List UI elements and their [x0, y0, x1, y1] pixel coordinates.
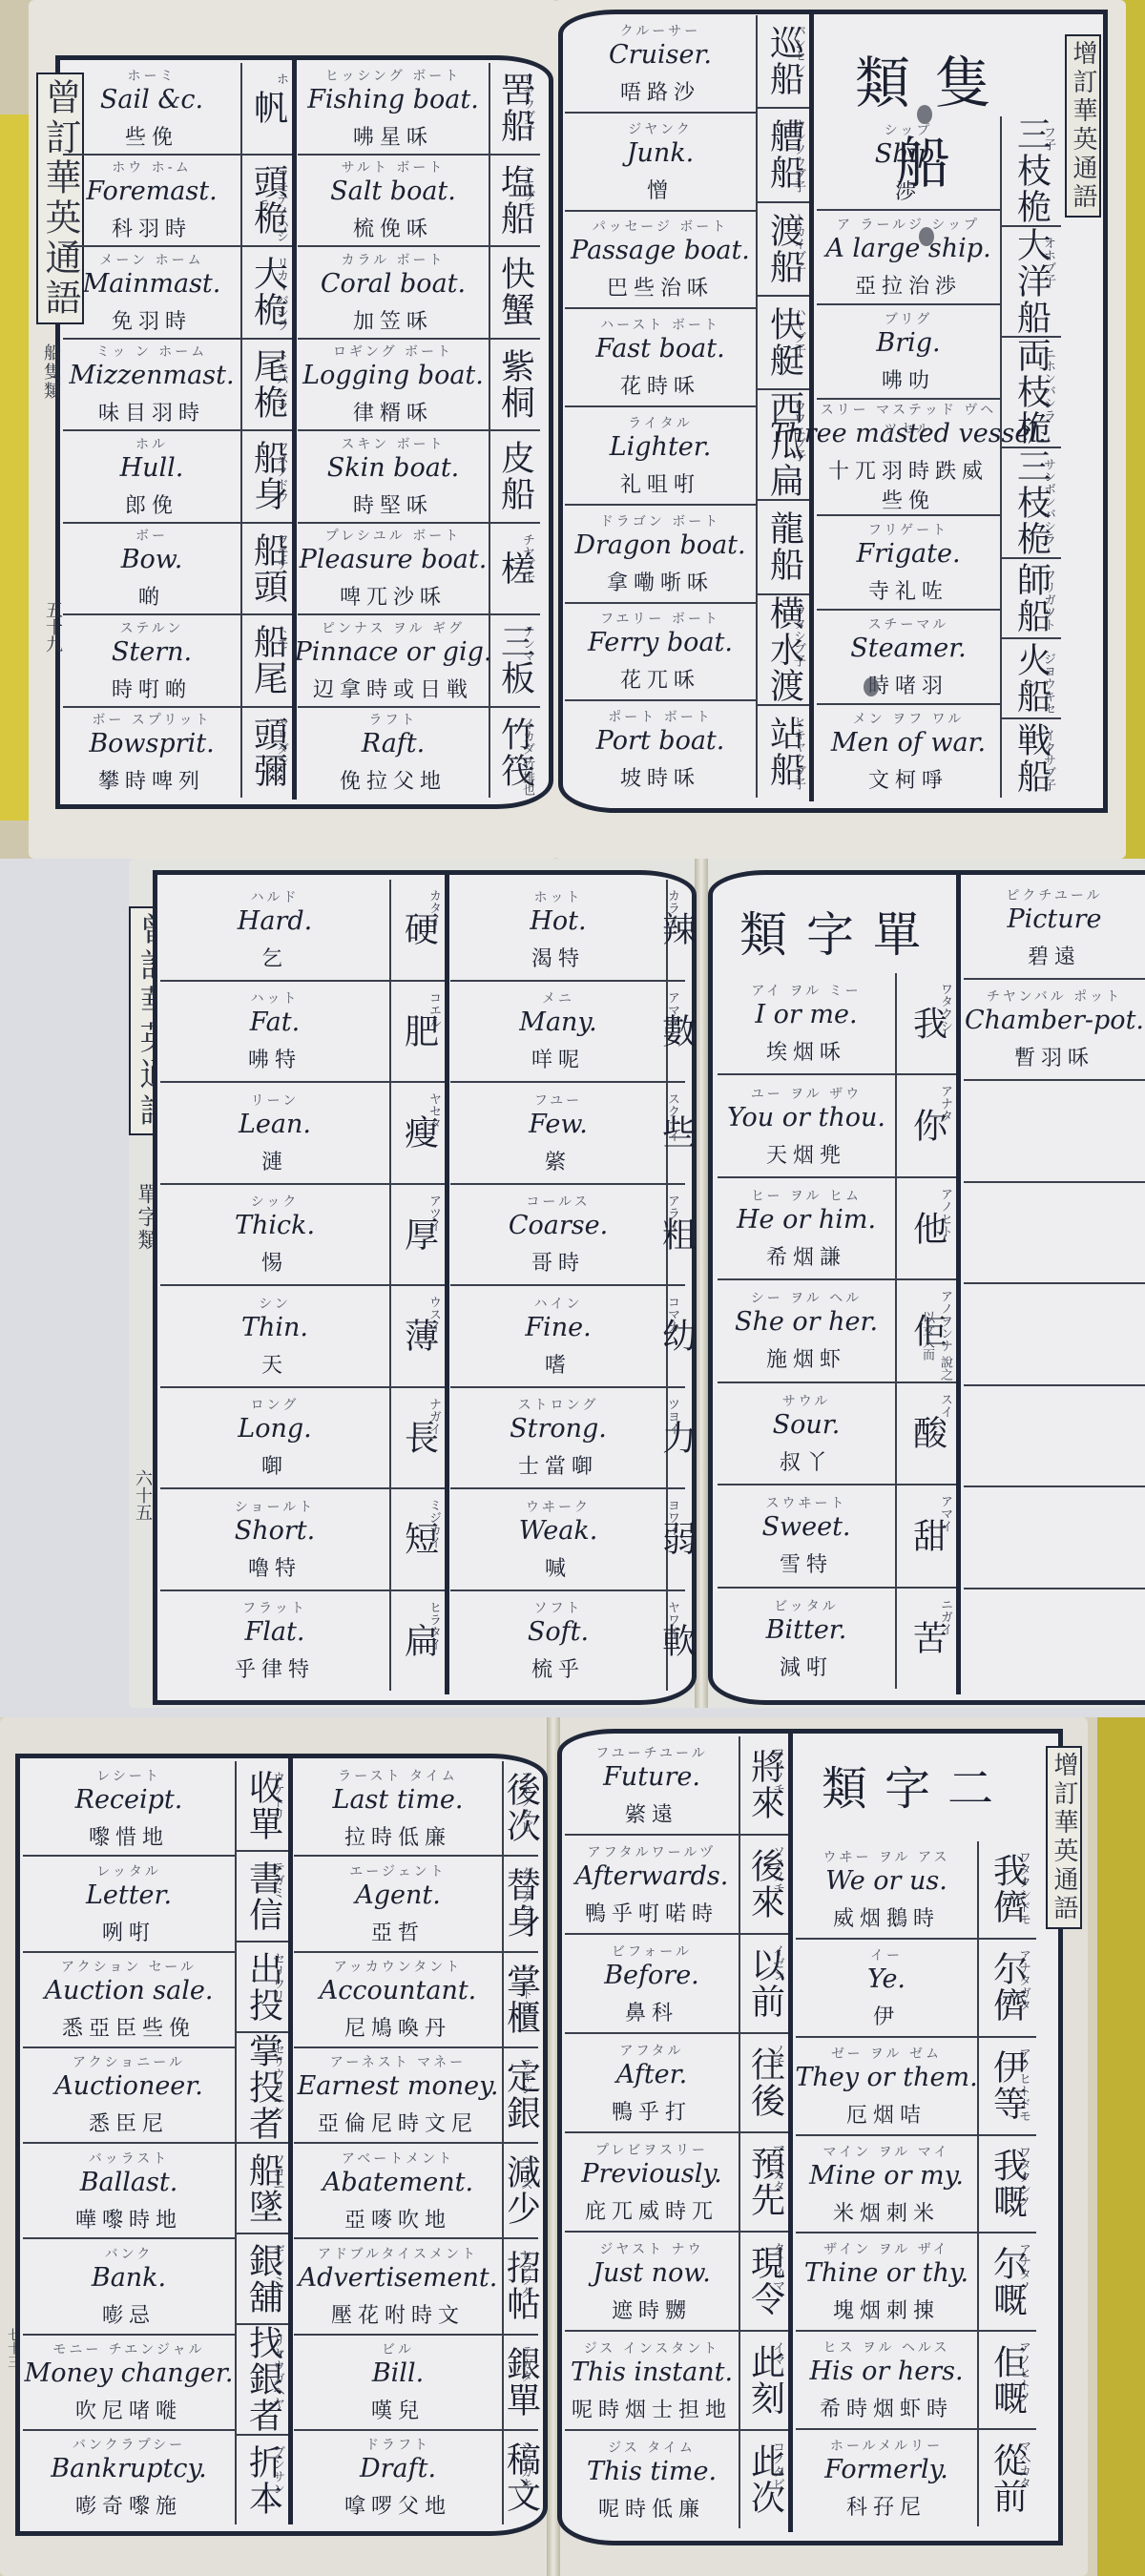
vocab-entry: サウルSour.叔丫: [718, 1383, 895, 1485]
japanese-reading: ワタクシドモ: [1014, 1851, 1032, 1925]
japanese-gloss: 軟ヤワイ: [668, 1591, 685, 1692]
vocab-entry: バンクラプシーBankruptcy.嘭奇嚟施: [23, 2431, 235, 2524]
japanese-reading: アノヒトドモ: [1014, 2047, 1032, 2122]
pronunciation-kana: バンク: [105, 2244, 154, 2261]
japanese-gloss: 我儕ワタクシドモ: [979, 1841, 1036, 1940]
chinese-transliteration: 碧遠: [1028, 941, 1081, 970]
vocab-entry: アフタルワールヅAfterwards.鴨乎咑喏時: [565, 1836, 739, 1935]
chinese-transliteration: 悉臣尼: [89, 2108, 169, 2137]
vocab-column-left-a: ハルドHard.乞ハットFat.咈特リーンLean.漣シックThick.惕シンT…: [160, 880, 389, 1691]
english-word: His or hers.: [809, 2355, 963, 2389]
pronunciation-kana: アイ ヲル ミー: [751, 981, 861, 998]
japanese-gloss: 此刻イマ: [740, 2332, 790, 2431]
pronunciation-kana: ビル: [382, 2339, 414, 2357]
japanese-gloss: 力ツヨイ: [668, 1388, 685, 1490]
japanese-gloss: 招帖ヒラフダ: [504, 2239, 538, 2335]
chinese-transliteration: 攀時啤列: [98, 765, 205, 795]
chinese-transliteration: 味目羽時: [98, 397, 205, 426]
chinese-transliteration: 尼鳩喚丹: [344, 2012, 451, 2042]
japanese-gloss: 快蟹: [490, 247, 540, 340]
japanese-reading: ソノノチ: [768, 1845, 786, 1895]
japanese-reading: シホブ子: [518, 165, 536, 215]
ink-spot: [919, 227, 934, 246]
vocab-entry: エージェントAgent.亞哲: [294, 1857, 502, 1952]
vocab-entry: メニMany.咩呢: [450, 982, 666, 1084]
chinese-transliteration: 喊: [545, 1552, 572, 1582]
english-word: Raft.: [362, 727, 425, 761]
spine-title-right: 增訂華英通語: [1065, 34, 1101, 218]
chinese-transliteration: 嘭忌: [102, 2299, 156, 2329]
japanese-gloss: 伊等アノヒトドモ: [979, 2038, 1036, 2136]
vocab-entry: バンクBank.嘭忌: [23, 2239, 235, 2335]
chinese-transliteration: 庇兀威時兀: [585, 2195, 718, 2225]
japanese-gloss: 佢嘅アノヒトノ: [979, 2332, 1036, 2430]
chinese-transliteration: 巴些治咊: [607, 272, 714, 301]
pronunciation-kana: メーン ホーム: [99, 250, 203, 267]
japanese-gloss: 我ワタクシ: [897, 973, 958, 1075]
chinese-transliteration: 啲: [138, 581, 165, 611]
vocab-entry: スチーマルSteamer.時啫羽: [817, 611, 1000, 705]
japanese-gloss: 出投セリウリ: [237, 1942, 290, 2033]
english-word: Future.: [603, 1760, 700, 1795]
japanese-gloss: 收單ウケトリ: [237, 1761, 290, 1852]
english-word: Formerly.: [824, 2453, 948, 2487]
english-word: Soft.: [528, 1615, 589, 1650]
pronunciation-kana: スリー マステッド ヴヘツセル: [817, 400, 1000, 417]
japanese-reading: サンボンバシラ: [1039, 458, 1057, 545]
chinese-transliteration: 綮遠: [625, 1798, 678, 1828]
spine-section: 船隻類: [38, 343, 63, 401]
japanese-reading: リカヽバシラ: [272, 257, 290, 331]
chinese-transliteration: 埃烟咊: [766, 1036, 846, 1066]
japanese-gloss: 幼コマカ: [668, 1286, 685, 1388]
japanese-reading: ヨワイ: [663, 1499, 681, 1536]
pronunciation-kana: ポート ボート: [608, 707, 712, 724]
japanese-reading: アマイ: [936, 1495, 954, 1532]
jp-column-left-a: 收單ウケトリ書信テガミ出投セリウリ掌投者セリウリニン船墜ソコニ銀舖ギンミセ找銀者…: [235, 1761, 290, 2524]
english-word: Dragon boat.: [574, 529, 745, 563]
english-word: Thine or thy.: [804, 2256, 968, 2291]
vocab-entry: アクショニールAuctioneer.悉臣尼: [23, 2048, 235, 2144]
english-word: Few.: [529, 1108, 588, 1142]
chinese-transliteration: 咧咑: [102, 1917, 156, 1946]
japanese-gloss: 減少ヘラス: [504, 2144, 538, 2239]
vocab-column-left-b: ホットHot.渴特メニMany.咩呢フユーFew.綮コールスCoarse.哥時ハ…: [450, 880, 666, 1691]
jp-column-right-a: 巡船バンセン艚船ウンソウブ子渡船トカイブ子快艇ハヤブ子西瓜扁ウワニブ子龍船横水渡…: [756, 15, 811, 798]
pronunciation-kana: カラル ボート: [341, 250, 445, 267]
japanese-term: 酸: [904, 1415, 952, 1451]
vocab-entry: ジス インスタントThis instant.呢時烟士担地: [565, 2332, 739, 2431]
pronunciation-kana: ブリグ: [885, 309, 932, 326]
pronunciation-kana: ゼー ヲル ゼム: [831, 2044, 942, 2061]
english-word: Cruiser.: [609, 38, 712, 73]
pronunciation-kana: ホル: [135, 434, 168, 451]
chinese-transliteration: 亞倫尼時文尼: [318, 2108, 478, 2137]
vocab-entry: ア ラールジ シップA large ship.亞拉治渉: [817, 211, 1000, 305]
japanese-gloss: 帆ホ: [242, 63, 294, 156]
japanese-reading: ヒラフダ: [516, 2249, 534, 2298]
pronunciation-kana: ハースト ボート: [600, 315, 720, 332]
chinese-transliteration: 米烟刺米: [833, 2197, 940, 2227]
photo-ships-vocabulary: 曾訂華英通語 船隻類 五十九 ホーミSail &c.些俛ホウ ホ-ムForema…: [0, 0, 1145, 859]
vocab-entry: レッタルLetter.咧咑: [23, 1857, 235, 1952]
japanese-reading: ナガイ: [425, 1398, 443, 1435]
japanese-gloss: 定銀テキン: [504, 2048, 538, 2144]
pronunciation-kana: ロング: [251, 1395, 300, 1412]
chinese-transliteration: 遮時嬲: [612, 2295, 692, 2324]
chinese-transliteration: 亞嘜吹地: [344, 2204, 451, 2233]
japanese-gloss: 甜アマイ: [897, 1485, 958, 1588]
vocab-column-right-a: アイ ヲル ミーI or me.埃烟咊ユー ヲル ザウYou or thou.天…: [718, 973, 895, 1689]
japanese-gloss: 尾桅トモバシラ: [242, 340, 294, 432]
vocab-entry: チヤンバル ポットChamber-pot.暫羽咊: [964, 980, 1145, 1082]
chinese-transliteration: 加笠咊: [353, 305, 433, 335]
chinese-transliteration: 梳乎: [531, 1653, 585, 1683]
pronunciation-kana: リーン: [251, 1091, 300, 1108]
vocab-entry: スリー マステッド ヴヘツセルThree masted vessel.十兀羽時跌…: [817, 400, 1000, 516]
japanese-reading: コマカ: [663, 1296, 681, 1333]
pronunciation-kana: アクション セール: [61, 1957, 197, 1974]
japanese-gloss: 船尾トモ: [242, 615, 294, 708]
chinese-transliteration: 科孖尼: [846, 2491, 926, 2521]
japanese-reading: イカダ 竹排也: [518, 717, 536, 796]
pronunciation-kana: シー ヲル ヘル: [751, 1288, 862, 1305]
japanese-reading: ブンサン: [268, 2445, 286, 2495]
chinese-transliteration: 哥時: [531, 1247, 585, 1277]
japanese-gloss: 短ミジカイ: [391, 1489, 447, 1591]
vocab-entry: フリゲートFrigate.寺礼咗: [817, 516, 1000, 611]
japanese-reading: バンセン: [789, 25, 807, 74]
english-word: We or us.: [825, 1864, 947, 1899]
japanese-gloss: 紫桐: [490, 340, 540, 432]
japanese-reading: ヤワイ: [663, 1601, 681, 1638]
japanese-gloss: 書信テガミ: [237, 1852, 290, 1942]
pronunciation-kana: サルト ボート: [342, 157, 446, 175]
chinese-transliteration: 些俛: [125, 121, 178, 151]
vocab-entry: プレビヲスリーPreviously.庇兀威時兀: [565, 2133, 739, 2233]
chinese-transliteration: 惕: [261, 1247, 288, 1277]
pronunciation-kana: メン ヲフ ワル: [853, 709, 964, 726]
japanese-gloss: 後來ソノノチ: [740, 1836, 790, 1935]
japanese-reading: アナタノ: [1014, 2243, 1032, 2293]
japanese-reading: アツイ: [425, 1195, 443, 1232]
pronunciation-kana: ビッタル: [774, 1596, 838, 1613]
japanese-gloss: 苦ニガイ: [897, 1589, 958, 1689]
chinese-transliteration: 亞拉治渉: [855, 270, 962, 300]
pronunciation-kana: ステルン: [120, 618, 184, 635]
english-word: Salt boat.: [330, 175, 456, 209]
vocab-column-left-b: ヒッシング ボートFishing boat.咈星咊サルト ボートSalt boa…: [298, 63, 489, 798]
pronunciation-kana: ボー スプリット: [92, 710, 211, 727]
pronunciation-kana: ユー ヲル ザウ: [751, 1084, 862, 1101]
pronunciation-kana: ドラフト: [365, 2435, 430, 2452]
jp-column-right-b: 我儕ワタクシドモ尔儕アナタガタ伊等アノヒトドモ我嘅ワタクシノ尔嘅アナタノ佢嘅アノ…: [977, 1841, 1036, 2526]
vocab-entry: アーネスト マネーEarnest money.亞倫尼時文尼: [294, 2048, 502, 2144]
jp-column-right-b: 三枝桅フ子大洋船オホブ子両枝桅ニホンバシラ三枝桅サンボンバシラ師船フリガツト火船…: [1000, 116, 1061, 798]
japanese-gloss: 此次コノタビ: [740, 2431, 790, 2528]
chinese-transliteration: 唔路沙: [620, 76, 700, 106]
jp-column-left-a: 帆ホ頭桅ヲモテノハシラ大桅リカヽバシラ尾桅トモバシラ船身フネノドウ船頭ヲモテ船尾…: [240, 63, 294, 798]
japanese-gloss: 渡船トカイブ子: [758, 203, 811, 297]
japanese-gloss: 往後ノチ: [740, 2034, 790, 2133]
pronunciation-kana: ヒス ヲル ヘルス: [822, 2337, 949, 2355]
chinese-transliteration: 威烟鵝時: [833, 1902, 940, 1932]
vocab-entry: ユー ヲル ザウYou or thou.天烟兠: [718, 1075, 895, 1177]
japanese-reading: ウケトリ: [268, 1771, 286, 1820]
chinese-transliteration: 律糈咊: [353, 397, 433, 426]
japanese-gloss: 酸スイ: [897, 1383, 958, 1485]
japanese-gloss: 掌櫃バントウ: [504, 1953, 538, 2048]
chinese-transliteration: 雪特: [780, 1548, 833, 1578]
vocab-entry: シー ヲル ヘルShe or her.施烟虾: [718, 1280, 895, 1382]
english-word: Weak.: [519, 1514, 598, 1548]
japanese-gloss: 站船ヒキヤクブ子: [758, 706, 811, 798]
japanese-reading: フ子: [1039, 126, 1057, 151]
japanese-reading: ミジカイ: [425, 1499, 443, 1548]
vocab-entry: メーン ホームMainmast.免羽時: [63, 247, 240, 340]
english-word: Men of war.: [831, 726, 986, 760]
pronunciation-kana: モニー チエンジャル: [52, 2339, 204, 2357]
pronunciation-kana: ア ラールジ シップ: [837, 215, 980, 232]
vocab-entry: [964, 1386, 1145, 1488]
chinese-transliteration: 寺礼咗: [868, 575, 948, 605]
english-word: Just now.: [593, 2256, 711, 2291]
japanese-reading: タヾイマ: [768, 2242, 786, 2292]
japanese-gloss: 巡船バンセン: [758, 15, 811, 109]
pronunciation-kana: バッラスト: [89, 2149, 170, 2166]
english-word: Steamer.: [850, 632, 967, 666]
pronunciation-kana: シック: [251, 1192, 300, 1209]
chinese-transliteration: 漣: [261, 1146, 288, 1175]
column-divider: [956, 874, 961, 1694]
vocab-entry: シンThin.天: [160, 1286, 389, 1388]
vocab-entry: ハルドHard.乞: [160, 880, 389, 982]
english-word: Skin boat.: [327, 451, 460, 486]
vocab-entry: ジヤンクJunk.憎: [565, 114, 756, 212]
jp-column-right-a: 將來コノノチ後來ソノノチ以前イゼン往後ノチ預先マヘカタ現令タヾイマ此刻イマ此次コ…: [739, 1736, 790, 2528]
pronunciation-kana: ジヤンク: [628, 119, 693, 136]
english-word: Stern.: [112, 635, 192, 670]
english-word: Fine.: [525, 1311, 591, 1345]
english-word: Hull.: [120, 451, 184, 486]
pronunciation-kana: バンクラプシー: [73, 2435, 185, 2452]
yellow-cover-edge-right: [1097, 1717, 1145, 2576]
english-word: Hot.: [530, 904, 586, 939]
japanese-reading: テンマ: [518, 625, 536, 662]
pronunciation-kana: サウル: [782, 1391, 831, 1408]
column-divider: [445, 874, 449, 1694]
japanese-gloss: 皮船: [490, 431, 540, 524]
japanese-gloss: 船身フネノドウ: [242, 431, 294, 524]
english-word: Money changer.: [25, 2357, 234, 2391]
jp-column-left-b: 辣カライ數アマタ些スクナイ粗アライ幼コマカ力ツヨイ弱ヨワイ軟ヤワイ: [666, 880, 685, 1691]
chinese-transliteration: 叔丫: [780, 1446, 833, 1476]
chinese-transliteration: 咈星咊: [353, 121, 433, 151]
japanese-reading: アマタ: [663, 991, 681, 1028]
japanese-gloss: 你アナタ: [897, 1075, 958, 1177]
japanese-gloss: 頭彌ヤリダシ: [242, 708, 294, 799]
column-divider: [288, 1755, 293, 2524]
english-word: Agent.: [355, 1879, 441, 1913]
japanese-reading: アナタ: [936, 1085, 954, 1122]
english-word: Draft.: [360, 2452, 436, 2486]
pronunciation-kana: ビフォール: [612, 1942, 692, 1959]
chinese-transliteration: 辺拿時或日戦: [313, 674, 473, 703]
vocab-entry: サルト ボートSalt boat.梳俛咊: [298, 156, 489, 248]
english-word: This instant.: [571, 2356, 733, 2390]
jp-column-left-b: 後次アトノタビ替身ダイクワン掌櫃バントウ定銀テキン減少ヘラス招帖ヒラフダ銀單テガ…: [502, 1761, 538, 2524]
vocab-entry: ポート ボートPort boat.坡時咊: [565, 701, 756, 798]
pronunciation-kana: ヒー ヲル ヒム: [751, 1186, 862, 1203]
japanese-reading: イゼン: [768, 1944, 786, 1982]
vocab-entry: ライタルLighter.礼咀咑: [565, 407, 756, 506]
chinese-transliteration: 時堅咊: [353, 489, 433, 519]
vocab-column-right-a: フユーチユールFuture.綮遠アフタルワールヅAfterwards.鴨乎咑喏時…: [565, 1736, 739, 2528]
japanese-gloss: 現令タヾイマ: [740, 2233, 790, 2332]
japanese-gloss: 横水渡ワタシブ子: [758, 595, 811, 706]
japanese-gloss: 找銀者リヤウガヘヤ: [237, 2325, 290, 2436]
photo-single-words-vocabulary: 曾訂華英通語 單字類 六十五 ハルドHard.乞ハットFat.咈特リーンLean…: [0, 859, 1145, 1717]
japanese-gloss: 粗アライ: [668, 1185, 685, 1287]
japanese-reading: ワタクシノ: [1014, 2146, 1032, 2208]
pronunciation-kana: ボー: [135, 526, 168, 543]
ink-spot: [917, 105, 932, 124]
japanese-reading: テガミ: [268, 1861, 286, 1899]
english-word: Passage boat.: [571, 234, 750, 268]
vocab-entry: ドラゴン ボートDragon boat.拿嘞哳咊: [565, 506, 756, 604]
vocab-entry: リーンLean.漣: [160, 1083, 389, 1185]
pronunciation-kana: シン: [259, 1294, 291, 1311]
chinese-transliteration: 礼咀咑: [620, 468, 700, 498]
english-word: Mizzenmast.: [69, 359, 234, 393]
chinese-transliteration: 鴨乎打: [612, 2096, 692, 2126]
vocab-entry: ビフォールBefore.鼻科: [565, 1935, 739, 2034]
japanese-gloss: 快艇ハヤブ子: [758, 297, 811, 390]
vocab-entry: マイン ヲル マイMine or my.米烟刺米: [796, 2136, 977, 2234]
chinese-transliteration: 渴特: [531, 943, 585, 972]
chinese-transliteration: 啤兀沙咊: [340, 581, 447, 611]
pronunciation-kana: ホウ ホ-ム: [112, 157, 192, 175]
english-word: Lean.: [239, 1108, 311, 1142]
english-word: Foremast.: [86, 175, 217, 209]
japanese-gloss: 掌投者セリウリニン: [237, 2033, 290, 2144]
japanese-reading: スイ: [936, 1393, 954, 1418]
pronunciation-kana: アーネスト マネー: [330, 2052, 466, 2069]
chinese-transliteration: 鴨乎咑喏時: [585, 1898, 718, 1927]
chinese-transliteration: 悉亞臣些俛: [62, 2012, 196, 2042]
vocab-entry: アフタルAfter.鴨乎打: [565, 2034, 739, 2133]
vocab-entry: ヒー ヲル ヒムHe or him.希烟謙: [718, 1178, 895, 1280]
vocab-entry: ピクチユールPicture碧遠: [964, 878, 1145, 980]
pronunciation-kana: マイン ヲル マイ: [823, 2142, 950, 2159]
pronunciation-kana: ハルド: [251, 887, 300, 904]
pronunciation-kana: ホールメルリー: [830, 2436, 943, 2453]
japanese-gloss: 硬カタイ: [391, 880, 447, 982]
japanese-reading: ヘラス: [516, 2153, 534, 2191]
chinese-transliteration: 嘭奇嚟施: [75, 2490, 182, 2520]
chinese-transliteration: 時咑啲: [112, 674, 192, 703]
english-word: Earnest money.: [298, 2069, 499, 2104]
japanese-gloss: 折本ブンサン: [237, 2436, 290, 2524]
chinese-transliteration: 塊烟刺㨂: [833, 2295, 940, 2324]
section-title: 類字單: [725, 897, 954, 966]
vocab-entry: ショールトShort.嚕特: [160, 1489, 389, 1591]
vocab-entry: ホールメルリーFormerly.科孖尼: [796, 2430, 977, 2526]
vocab-entry: ピンナス ヲル ギグPinnace or gig.辺拿時或日戦: [298, 615, 489, 708]
japanese-reading: シタガキ: [516, 2441, 534, 2490]
pronunciation-kana: ヒッシング ボート: [325, 66, 461, 83]
english-word: Many.: [519, 1006, 596, 1040]
japanese-gloss: 罟船リヤウブ子: [490, 63, 540, 156]
japanese-gloss: 肥コエル: [391, 982, 447, 1084]
vocab-entry: ハットFat.咈特: [160, 982, 389, 1084]
page-number: 五十九: [40, 601, 65, 653]
japanese-reading: コエル: [425, 991, 443, 1028]
english-word: Ballast.: [80, 2166, 178, 2200]
pronunciation-kana: ロギング ボート: [333, 342, 453, 359]
chinese-transliteration: 坡時咊: [620, 762, 700, 792]
japanese-reading: フリガツト: [1039, 569, 1057, 631]
pronunciation-kana: レシート: [96, 1766, 161, 1783]
japanese-reading: ヒキヤクブ子: [789, 716, 807, 790]
pronunciation-kana: イー: [870, 1945, 903, 1963]
english-word: Pleasure boat.: [300, 543, 488, 577]
japanese-reading: ウンソウブ子: [789, 118, 807, 193]
vocab-entry: [964, 1284, 1145, 1386]
japanese-reading: アノヒトノ: [1014, 2341, 1032, 2403]
english-word: Mine or my.: [809, 2159, 964, 2193]
english-word: Afterwards.: [575, 1859, 729, 1894]
japanese-gloss: 大桅リカヽバシラ: [242, 247, 294, 340]
pronunciation-kana: アドブルタイスメント: [318, 2244, 478, 2261]
japanese-reading: カライ: [663, 889, 681, 926]
english-word: Ship.: [875, 137, 942, 172]
english-word: Short.: [235, 1514, 315, 1548]
japanese-reading: ヲモテ: [272, 533, 290, 571]
english-word: Pinnace or gig.: [295, 635, 492, 670]
vocab-entry: ストロングStrong.士當啣: [450, 1388, 666, 1490]
vocab-entry: スウヰートSweet.雪特: [718, 1485, 895, 1588]
vocab-entry: アイ ヲル ミーI or me.埃烟咊: [718, 973, 895, 1075]
english-word: Long.: [238, 1412, 311, 1446]
pronunciation-kana: ラフト: [369, 710, 418, 727]
japanese-gloss: 我嘅ワタクシノ: [979, 2136, 1036, 2234]
japanese-reading: ウスイ: [425, 1296, 443, 1333]
japanese-term: 快蟹: [491, 256, 540, 328]
japanese-gloss: 艚船ウンソウブ子: [758, 109, 811, 202]
chinese-transliteration: 壓花咐時文: [331, 2299, 465, 2329]
japanese-gloss: 將來コノノチ: [740, 1736, 790, 1836]
pronunciation-kana: ドラゴン ボート: [600, 511, 720, 529]
ink-spot: [864, 677, 879, 696]
english-word: This time.: [587, 2455, 717, 2489]
english-word: Bank.: [92, 2261, 166, 2296]
japanese-gloss: 三板テンマ: [490, 615, 540, 708]
japanese-reading: オホブ子: [1039, 237, 1057, 286]
vocab-entry: ゼー ヲル ゼムThey or them.厄烟咭: [796, 2038, 977, 2136]
pronunciation-kana: アフタル: [619, 2041, 683, 2058]
vocab-entry: ステルンStern.時咑啲: [63, 615, 240, 708]
pronunciation-kana: パッセージ ボート: [593, 217, 729, 234]
japanese-gloss: 替身ダイクワン: [504, 1857, 538, 1952]
vocab-entry: コールスCoarse.哥時: [450, 1185, 666, 1287]
pronunciation-kana: ストロング: [518, 1395, 599, 1412]
japanese-reading: カタイ: [425, 889, 443, 926]
chinese-transliteration: 文柯𠲜: [868, 764, 948, 794]
spine-title-right: 增訂華英通語: [1046, 1746, 1082, 1929]
chinese-transliteration: 科羽時: [112, 213, 192, 242]
pronunciation-kana: ミッ ン ホーム: [96, 342, 208, 359]
